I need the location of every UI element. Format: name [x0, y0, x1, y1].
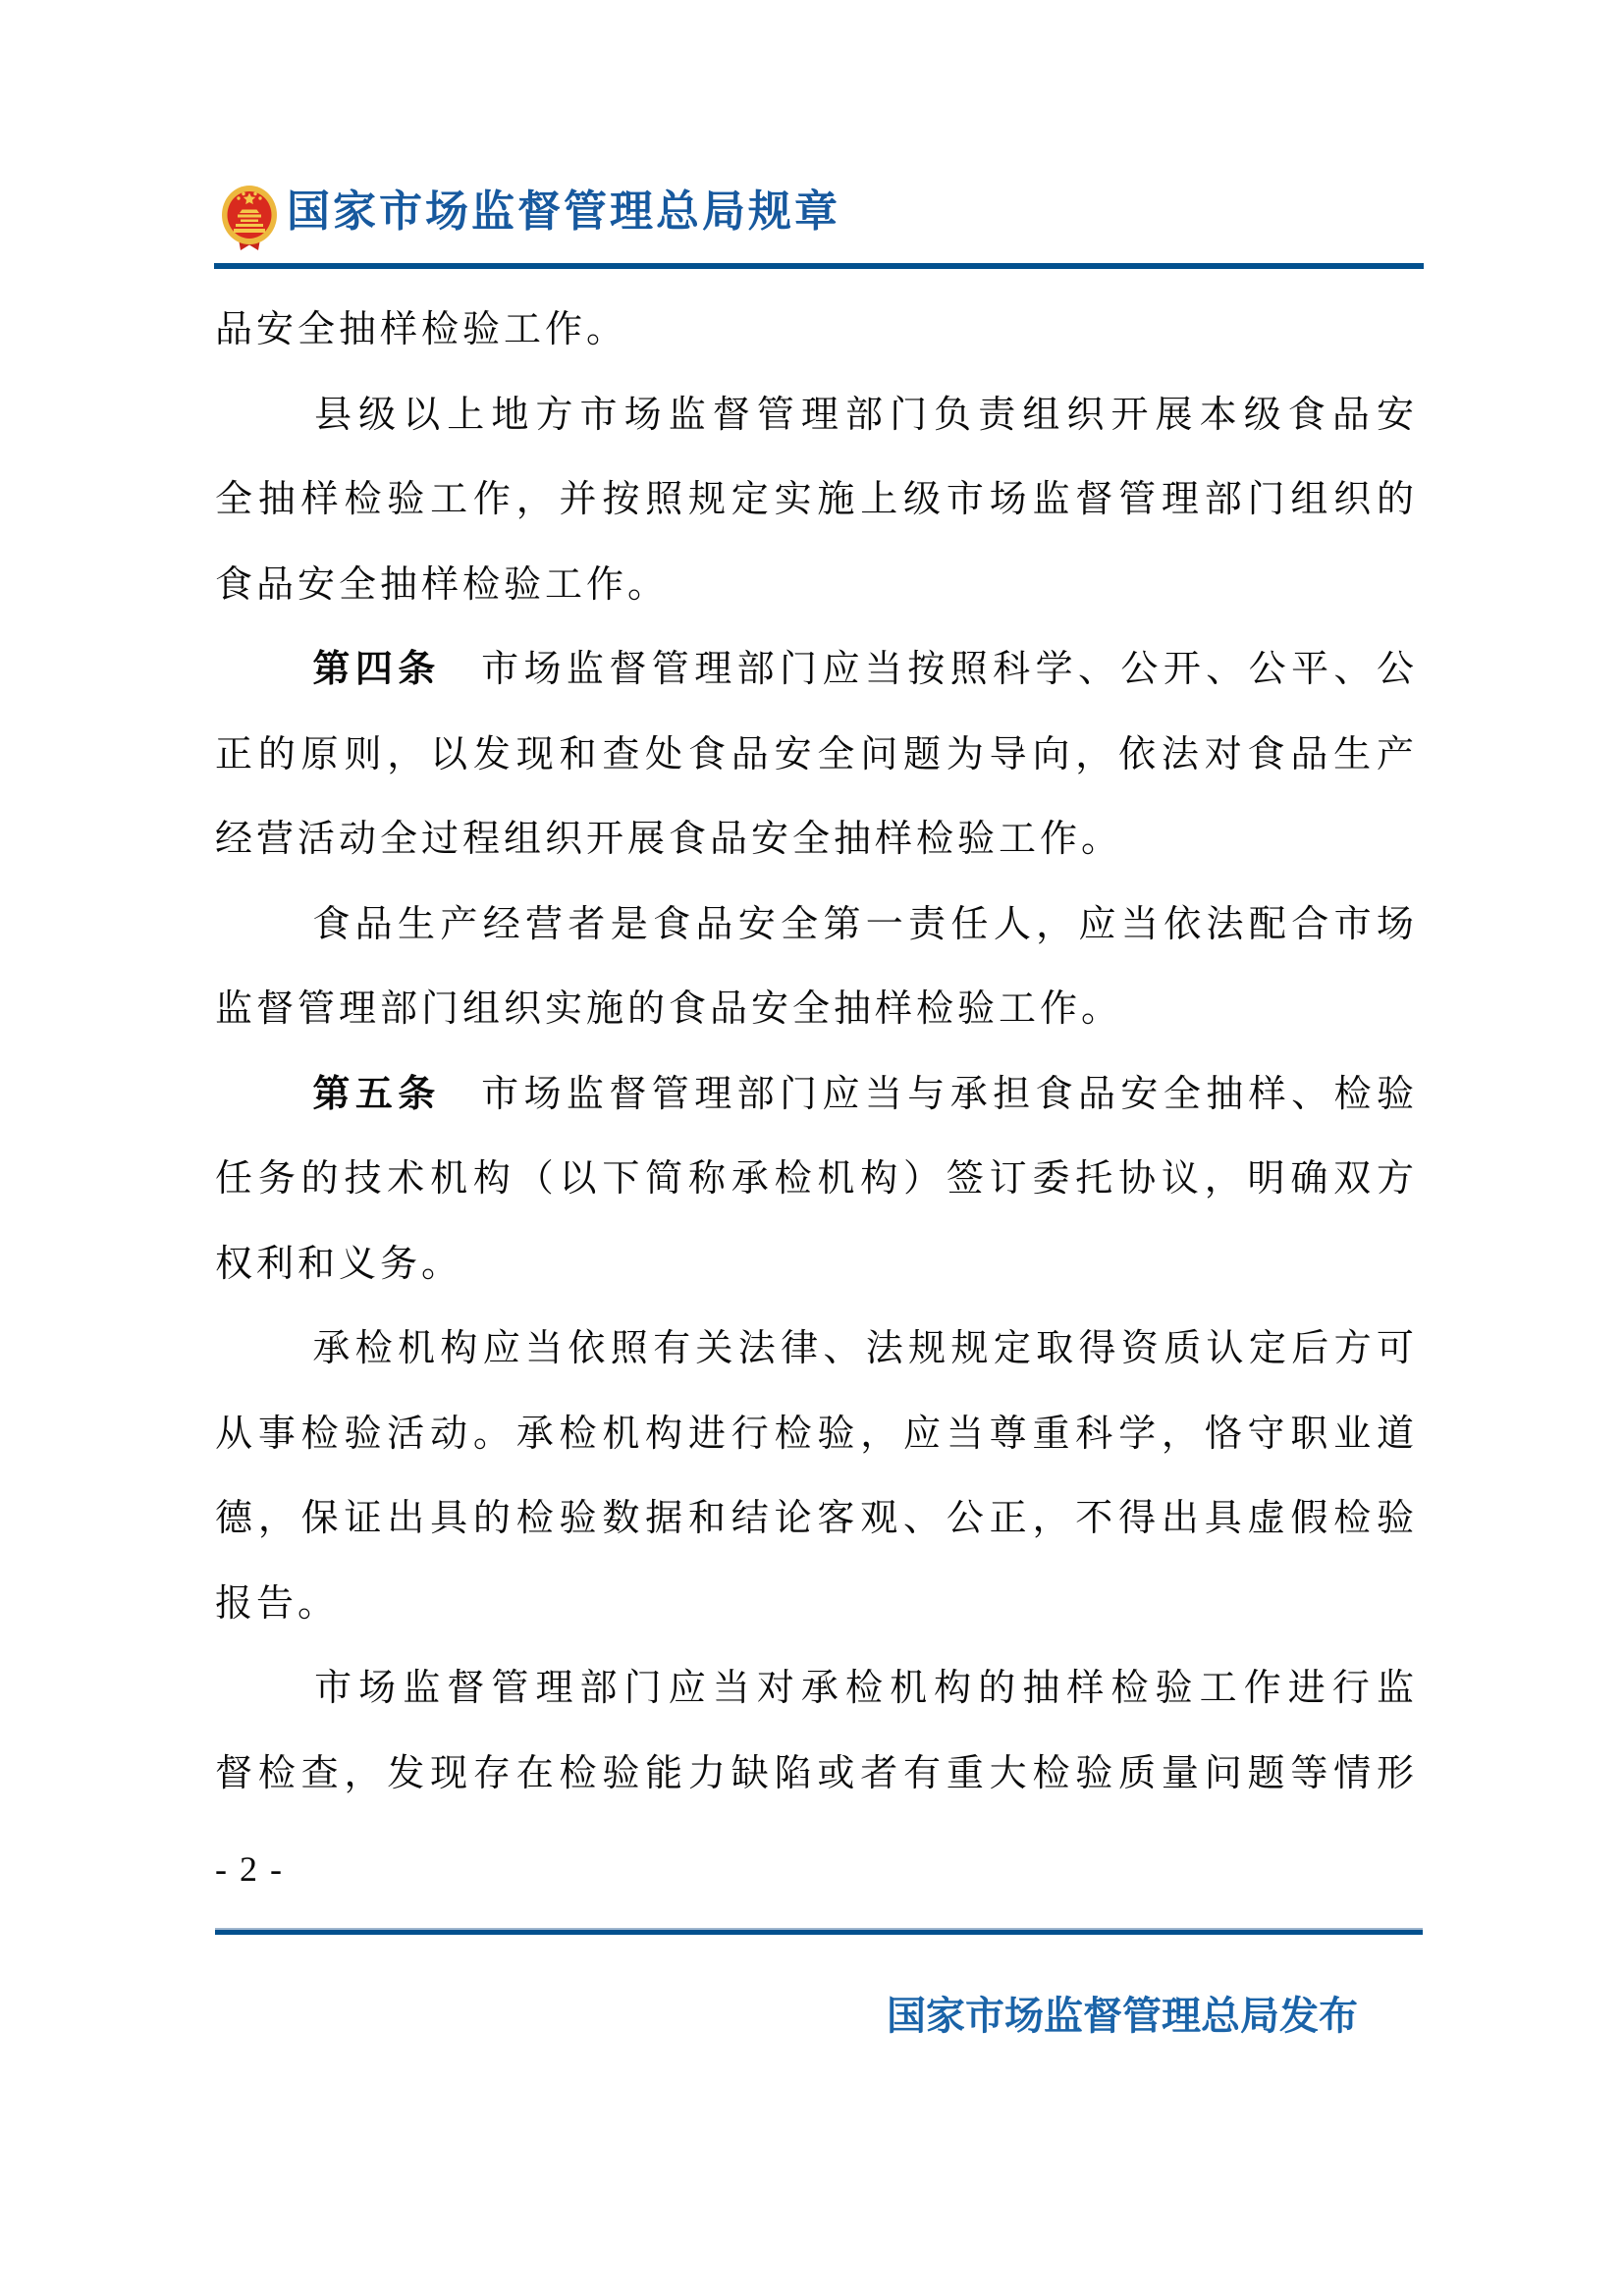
body-line: 任务的技术机构（以下简称承检机构）签订委托协议，明确双方	[215, 1153, 1414, 1239]
page-title: 国家市场监督管理总局规章	[287, 190, 840, 234]
body-line: 报告。	[215, 1578, 1414, 1664]
document-page: 国家市场监督管理总局规章 品安全抽样检验工作。县级以上地方市场监督管理部门负责组…	[0, 0, 1624, 2296]
body-line: 权利和义务。	[215, 1239, 1414, 1324]
body-line: 承检机构应当依照有关法律、法规规定取得资质认定后方可	[215, 1323, 1414, 1409]
body-line: 德，保证出具的检验数据和结论客观、公正，不得出具虚假检验	[215, 1493, 1414, 1578]
body-line: 市场监督管理部门应当对承检机构的抽样检验工作进行监	[215, 1663, 1414, 1748]
body-line: 全抽样检验工作，并按照规定实施上级市场监督管理部门组织的	[215, 474, 1414, 560]
publisher-label: 国家市场监督管理总局发布	[887, 1995, 1358, 2038]
body-text: 品安全抽样检验工作。县级以上地方市场监督管理部门负责组织开展本级食品安全抽样检验…	[215, 304, 1414, 1833]
body-line: 第五条市场监督管理部门应当与承担食品安全抽样、检验	[215, 1069, 1414, 1154]
page-number: - 2 -	[215, 1849, 284, 1889]
body-line: 从事检验活动。承检机构进行检验，应当尊重科学，恪守职业道	[215, 1409, 1414, 1494]
header-divider	[214, 263, 1424, 269]
body-line: 品安全抽样检验工作。	[215, 304, 1414, 390]
body-line: 经营活动全过程组织开展食品安全抽样检验工作。	[215, 814, 1414, 899]
body-line: 监督管理部门组织实施的食品安全抽样检验工作。	[215, 984, 1414, 1069]
footer-divider	[215, 1928, 1423, 1935]
body-line: 第四条市场监督管理部门应当按照科学、公开、公平、公	[215, 644, 1414, 729]
body-line: 县级以上地方市场监督管理部门负责组织开展本级食品安	[215, 390, 1414, 475]
body-line: 正的原则，以发现和查处食品安全问题为导向，依法对食品生产	[215, 729, 1414, 815]
body-line: 食品安全抽样检验工作。	[215, 560, 1414, 645]
body-line: 督检查，发现存在检验能力缺陷或者有重大检验质量问题等情形	[215, 1748, 1414, 1834]
national-emblem-icon	[221, 185, 278, 253]
body-line: 食品生产经营者是食品安全第一责任人，应当依法配合市场	[215, 899, 1414, 985]
